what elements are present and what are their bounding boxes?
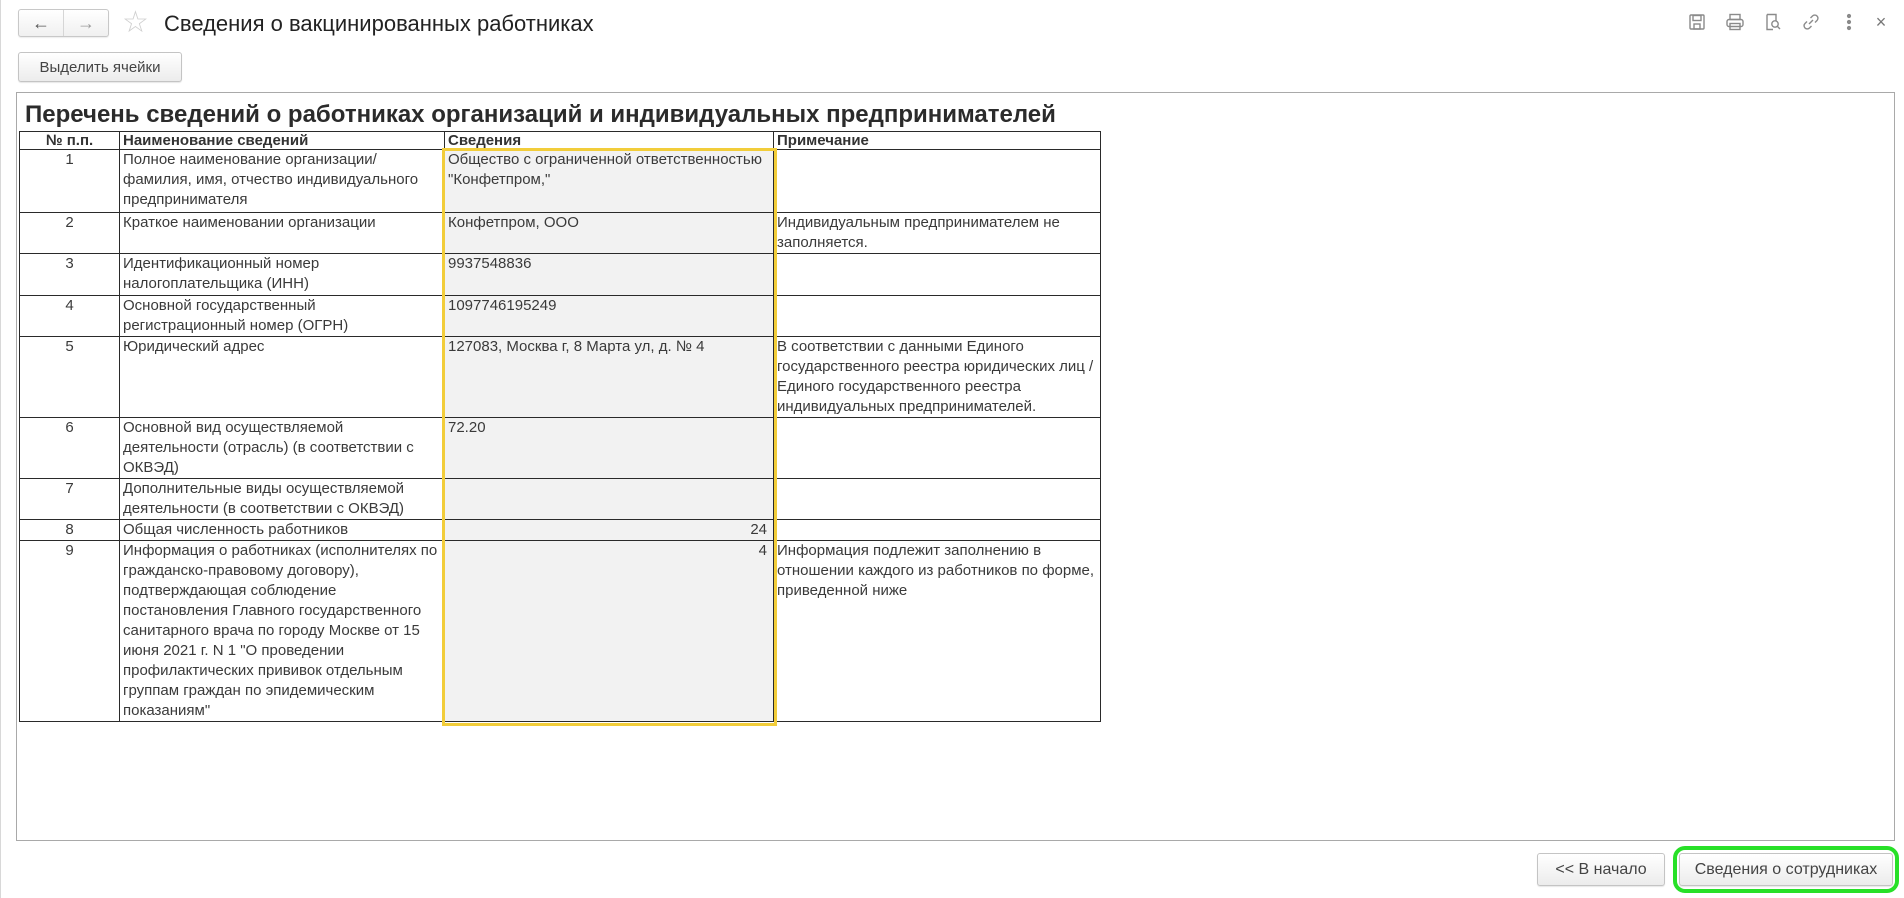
row-name[interactable]: Краткое наименовании организации [120, 213, 445, 254]
column-header-note: Примечание [774, 132, 1101, 150]
forward-button[interactable]: → [63, 10, 108, 36]
row-name[interactable]: Дополнительные виды осуществляемой деяте… [120, 479, 445, 520]
more-icon[interactable] [1830, 10, 1868, 34]
employee-info-button[interactable]: Сведения о сотрудниках [1679, 853, 1893, 886]
row-value[interactable]: 127083, Москва г, 8 Марта ул, д. № 4 [445, 337, 774, 418]
row-name[interactable]: Основной государственный регистрационный… [120, 296, 445, 337]
row-value[interactable]: Конфетпром, ООО [445, 213, 774, 254]
window-title: Сведения о вакцинированных работниках [164, 10, 594, 38]
row-value[interactable]: 9937548836 [445, 254, 774, 296]
table-row: 9Информация о работниках (исполнителях п… [20, 541, 1101, 722]
row-note[interactable] [774, 520, 1101, 541]
row-note[interactable] [774, 479, 1101, 520]
table-header-row: № п.п. Наименование сведений Сведения Пр… [20, 132, 1101, 150]
select-cells-button[interactable]: Выделить ячейки [18, 52, 182, 82]
row-note[interactable] [774, 418, 1101, 479]
row-note[interactable] [774, 296, 1101, 337]
table-row: 1Полное наименование организации/ фамили… [20, 150, 1101, 213]
row-value[interactable]: 4 [445, 541, 774, 722]
row-number[interactable]: 6 [20, 418, 120, 479]
table-row: 3Идентификационный номер налогоплательщи… [20, 254, 1101, 296]
row-value[interactable] [445, 479, 774, 520]
column-header-number: № п.п. [20, 132, 120, 150]
report-title: Перечень сведений о работниках организац… [19, 99, 1099, 131]
row-value[interactable]: 1097746195249 [445, 296, 774, 337]
row-value[interactable]: 24 [445, 520, 774, 541]
report-table: № п.п. Наименование сведений Сведения Пр… [19, 131, 1101, 722]
row-value[interactable]: 72.20 [445, 418, 774, 479]
table-row: 5Юридический адрес127083, Москва г, 8 Ма… [20, 337, 1101, 418]
report-content: Перечень сведений о работниках организац… [19, 99, 1101, 722]
row-number[interactable]: 4 [20, 296, 120, 337]
back-button[interactable]: ← [19, 10, 63, 36]
row-number[interactable]: 7 [20, 479, 120, 520]
row-note[interactable]: Индивидуальным предпринимателем не запол… [774, 213, 1101, 254]
table-row: 7Дополнительные виды осуществляемой деят… [20, 479, 1101, 520]
history-nav: ← → [18, 9, 109, 37]
row-number[interactable]: 8 [20, 520, 120, 541]
row-name[interactable]: Основной вид осуществляемой деятельности… [120, 418, 445, 479]
row-number[interactable]: 9 [20, 541, 120, 722]
row-name[interactable]: Юридический адрес [120, 337, 445, 418]
window-toolbar: × [1678, 10, 1894, 34]
to-start-button[interactable]: << В начало [1537, 853, 1665, 886]
row-number[interactable]: 1 [20, 150, 120, 213]
form-window: ← → ☆ Сведения о вакцинированных работни… [0, 0, 1904, 898]
row-name[interactable]: Общая численность работников [120, 520, 445, 541]
row-number[interactable]: 5 [20, 337, 120, 418]
save-icon[interactable] [1678, 10, 1716, 34]
column-header-value: Сведения [445, 132, 774, 150]
row-name[interactable]: Полное наименование организации/ фамилия… [120, 150, 445, 213]
link-icon[interactable] [1792, 10, 1830, 34]
row-note[interactable] [774, 254, 1101, 296]
star-icon[interactable]: ☆ [122, 6, 149, 40]
column-header-name: Наименование сведений [120, 132, 445, 150]
row-name[interactable]: Идентификационный номер налогоплательщик… [120, 254, 445, 296]
row-name[interactable]: Информация о работниках (исполнителях по… [120, 541, 445, 722]
table-row: 6Основной вид осуществляемой деятельност… [20, 418, 1101, 479]
row-number[interactable]: 3 [20, 254, 120, 296]
close-icon[interactable]: × [1868, 10, 1894, 34]
table-row: 2Краткое наименовании организацииКонфетп… [20, 213, 1101, 254]
row-note[interactable]: Информация подлежит заполнению в отношен… [774, 541, 1101, 722]
table-row: 8Общая численность работников24 [20, 520, 1101, 541]
row-note[interactable]: В соответствии с данными Единого государ… [774, 337, 1101, 418]
preview-icon[interactable] [1754, 10, 1792, 34]
print-icon[interactable] [1716, 10, 1754, 34]
arrow-right-icon: → [77, 13, 95, 34]
spreadsheet-document[interactable]: Перечень сведений о работниках организац… [16, 92, 1895, 841]
table-row: 4Основной государственный регистрационны… [20, 296, 1101, 337]
row-number[interactable]: 2 [20, 213, 120, 254]
arrow-left-icon: ← [32, 13, 50, 34]
row-value[interactable]: Общество с ограниченной ответственностью… [445, 150, 774, 213]
row-note[interactable] [774, 150, 1101, 213]
